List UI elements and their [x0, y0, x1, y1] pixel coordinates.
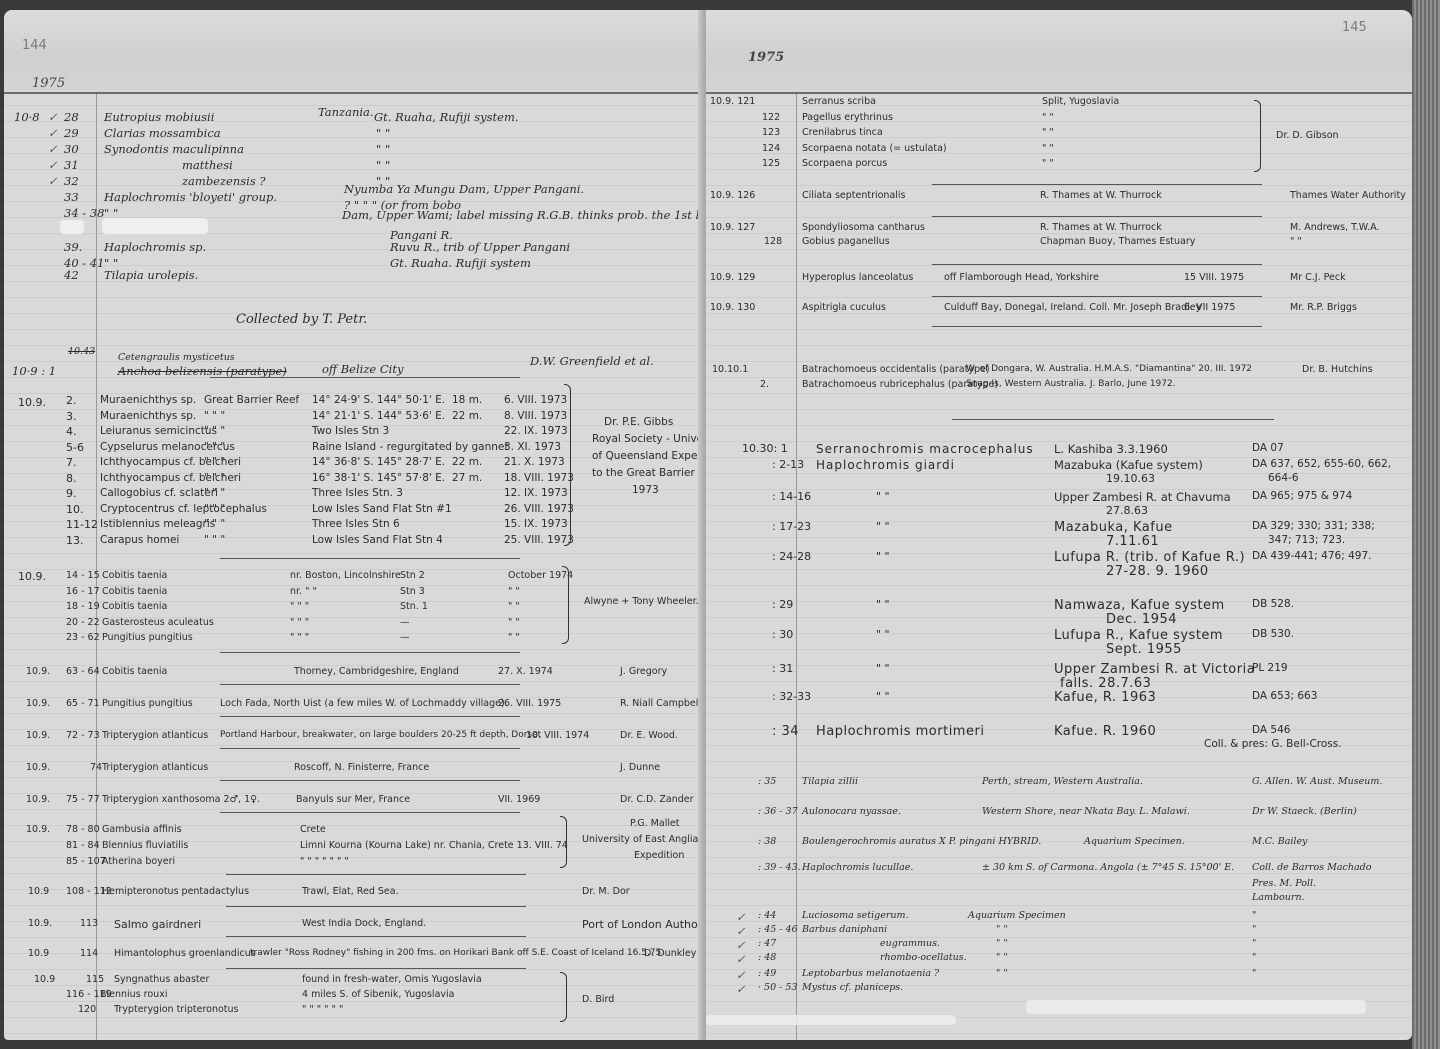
species-name: Cobitis taenia — [102, 601, 167, 612]
register-number: 78 - 80 — [66, 824, 100, 835]
check-mark-icon: ✓ — [736, 968, 746, 982]
locality: " " — [996, 952, 1008, 963]
depth: 18 m. — [452, 394, 482, 406]
locality: Dam, Upper Wami; label missing R.G.B. th… — [342, 208, 704, 222]
register-number: 20 - 22 — [66, 617, 100, 628]
entry-separator — [952, 419, 1274, 420]
species-name: " " — [876, 520, 890, 533]
header-rule — [706, 92, 1412, 94]
species-name: Pungitius pungitius — [102, 632, 193, 643]
collector: J. Gregory — [620, 666, 667, 677]
entry-separator — [220, 716, 520, 717]
collection-date: 10. VIII. 1974 — [526, 730, 589, 741]
locality: Raine Island - regurgitated by gannet — [312, 441, 509, 453]
collection-date: 12. IX. 1973 — [504, 487, 568, 499]
registration-prefix: 10.9. — [18, 396, 46, 409]
locality: Snag Is, Western Australia. J. Barlo, Ju… — [966, 379, 1176, 389]
page-number: 144 — [22, 38, 47, 53]
collector: J. Dunne — [620, 762, 660, 773]
area: " " " — [204, 472, 225, 484]
collection-date: 19.10.63 — [1106, 472, 1155, 485]
margin-rule — [96, 94, 97, 1040]
area: " " " — [204, 456, 225, 468]
locality: " " — [376, 158, 390, 172]
locality: Lufupa R., Kafue system — [1054, 628, 1223, 643]
collector-line: P.G. Mallet — [630, 818, 680, 829]
register-number: 3. — [66, 410, 77, 423]
register-number: 30 — [64, 142, 79, 156]
check-mark-icon: ✓ — [48, 126, 58, 140]
locality: 14° 36·8' S. 145° 28·7' E. — [312, 456, 445, 468]
collection-date: 27.8.63 — [1106, 504, 1148, 517]
locality: L. Kashiba 3.3.1960 — [1054, 442, 1168, 456]
check-mark-icon: ✓ — [736, 910, 746, 924]
register-number: 33 — [64, 190, 79, 204]
locality: Aquarium Specimen. — [1084, 836, 1185, 847]
catalogue-reference: DA 546 — [1252, 724, 1290, 736]
species-name: Haplochromis sp. — [104, 240, 206, 254]
collector: Mr C.J. Peck — [1290, 272, 1346, 283]
locality: " " — [996, 968, 1008, 979]
collector-line: 1973 — [632, 484, 659, 496]
species-name: Blennius rouxi — [100, 989, 167, 1000]
check-mark-icon: ✓ — [48, 158, 58, 172]
collector-line: Expedition — [634, 850, 684, 861]
entry-separator — [220, 652, 520, 653]
locality: 14° 24·9' S. 144° 50·1' E. — [312, 394, 445, 406]
page-number: 145 — [1342, 20, 1367, 35]
collector: D.W. Greenfield et al. — [530, 354, 654, 368]
entry-separator — [220, 748, 520, 749]
locality: Nyumba Ya Mungu Dam, Upper Pangani. — [344, 182, 584, 196]
catalogue-reference: DA 965; 975 & 974 — [1252, 490, 1352, 502]
species-name: Blennius fluviatilis — [102, 840, 188, 851]
header-rule — [4, 92, 704, 94]
species-name: Hyperoplus lanceolatus — [802, 272, 913, 283]
locality: off Belize City — [322, 362, 403, 376]
register-number: 8. — [66, 472, 77, 485]
locality: Mazabuka, Kafue — [1054, 520, 1173, 535]
collection-date: 27. X. 1974 — [498, 666, 553, 677]
locality: Chapman Buoy, Thames Estuary — [1040, 236, 1195, 247]
registration-number: 10.9. 127 — [710, 222, 755, 233]
registration-number: · 50 - 53 — [758, 982, 797, 993]
collector: Dr W. Staeck. (Berlin) — [1252, 806, 1357, 817]
species-name: Barbus daniphani — [802, 924, 887, 935]
check-mark-icon: ✓ — [736, 938, 746, 952]
register-number: 39. — [64, 240, 82, 254]
species-name: Boulengerochromis auratus X P. pingani H… — [802, 836, 1041, 847]
collector-line: to the Great Barrier Reef — [592, 467, 704, 479]
registration-number: : 38 — [758, 836, 776, 847]
registration-number: 10.9. 121 — [710, 96, 711, 107]
collector: Lambourn. — [1252, 892, 1305, 903]
locality: Namwaza, Kafue system — [1054, 598, 1225, 613]
area: " " " — [204, 534, 225, 546]
registration-number: 10.9. 126 — [710, 190, 755, 201]
collector: " — [1252, 924, 1256, 935]
collector-line: of Queensland Expedition — [592, 450, 704, 462]
species-name-struck: Anchoa belizensis (paratype) — [118, 364, 287, 378]
locality: Two Isles Stn 3 — [312, 425, 389, 437]
catalogue-reference: DA 653; 663 — [1252, 690, 1317, 702]
registration-number: : 14-16 — [772, 490, 811, 503]
locality: " " — [1042, 143, 1054, 154]
station: — — [400, 632, 410, 643]
locality: Ruvu R., trib of Upper Pangani — [390, 240, 570, 254]
register-number: 7. — [66, 456, 77, 469]
registration-number: 10.10.1 — [712, 364, 748, 375]
register-number: 125 — [762, 158, 780, 169]
collection-date: 15 VIII. 1975 — [1184, 272, 1244, 283]
species-name: Scorpaena notata (= ustulata) — [802, 143, 947, 154]
area: " " " — [204, 487, 225, 499]
locality: " " " — [290, 601, 309, 612]
species-name: Haplochromis giardi — [816, 458, 955, 472]
check-mark-icon: ✓ — [736, 924, 746, 938]
collection-date: 26. VIII. 1975 — [498, 698, 561, 709]
locality: West India Dock, England. — [302, 918, 426, 929]
locality: Split, Yugoslavia — [1042, 96, 1119, 107]
species-name: Trypterygion tripteronotus — [114, 1004, 239, 1015]
collector: R. Niall Campbell — [620, 698, 701, 709]
bracket-brace — [560, 816, 567, 868]
collector: " — [1252, 968, 1256, 979]
species-name: Cobitis taenia — [102, 666, 167, 677]
register-number: 75 - 77 — [66, 794, 100, 805]
left-page-header — [4, 10, 704, 92]
catalogue-reference: DB 528. — [1252, 598, 1294, 610]
register-number: 18 - 19 — [66, 601, 100, 612]
species-name: Ciliata septentrionalis — [802, 190, 906, 201]
species-name: Aulonocara nyassae. — [802, 806, 901, 817]
registration-number: : 44 — [758, 910, 776, 921]
locality: Gt. Ruaha. Rufiji system — [390, 256, 531, 270]
locality: " " — [1042, 127, 1054, 138]
station: Stn. 1 — [400, 601, 428, 612]
locality: " " — [1042, 158, 1054, 169]
entry-separator — [226, 968, 526, 969]
species-name: Hemipteronotus pentadactylus — [102, 886, 249, 897]
species-name: Syngnathus abaster — [114, 974, 209, 985]
locality: " " — [996, 924, 1008, 935]
locality: " " " " " " — [302, 1004, 343, 1015]
collector-line: University of East Anglia — [582, 834, 698, 845]
registration-number: : 2-13 — [772, 458, 804, 471]
collection-date: " " — [508, 632, 520, 643]
bracket-brace — [560, 972, 567, 1022]
collection-date: 8. VIII. 1973 — [504, 410, 567, 422]
species-name: " " — [876, 690, 890, 703]
register-number: 123 — [762, 127, 780, 138]
catalogue-reference: DA 329; 330; 331; 338; — [1252, 520, 1375, 532]
collector: Thames Water Authority — [1290, 190, 1406, 201]
species-name: Crenilabrus tinca — [802, 127, 883, 138]
species-name: Cobitis taenia — [102, 586, 167, 597]
check-mark-icon: ✓ — [736, 982, 746, 996]
locality: Three Isles Stn. 3 — [312, 487, 403, 499]
locality: 4 miles S. of Sibenik, Yugoslavia — [302, 989, 454, 1000]
collection-date: Dec. 1954 — [1106, 612, 1177, 627]
entry-separator — [220, 812, 520, 813]
locality: Thorney, Cambridgeshire, England — [294, 666, 459, 677]
locality: Mazabuka (Kafue system) — [1054, 458, 1203, 472]
collector: M. Andrews, T.W.A. — [1290, 222, 1379, 233]
collection-date: 6. VII 1975 — [1184, 302, 1235, 313]
registration-number: : 45 - 46 — [758, 924, 798, 935]
collected-by-note: Collected by T. Petr. — [236, 312, 367, 327]
register-number: 2. — [66, 394, 77, 407]
collector: " — [1252, 910, 1256, 921]
species-name: Callogobius cf. sclateri — [100, 487, 218, 499]
collector: " — [1252, 952, 1256, 963]
register-number: 114 — [80, 948, 98, 959]
registration-number: 10·9 : 1 — [12, 364, 56, 378]
locality: nr. Boston, Lincolnshire — [290, 570, 401, 581]
species-name: Eutropius mobiusii — [104, 110, 214, 124]
registration-prefix: 10.9. — [26, 666, 50, 677]
register-number: 42 — [64, 268, 79, 282]
registration-number: : 24-28 — [772, 550, 811, 563]
species-name: Tripterygion atlanticus — [102, 730, 208, 741]
page-year: 1975 — [32, 76, 65, 91]
registration-number: : 31 — [772, 662, 793, 675]
catalogue-reference: 664-6 — [1268, 472, 1299, 484]
species-name: Salmo gairdneri — [114, 918, 201, 931]
species-name: " " — [876, 662, 890, 675]
registration-prefix: 10·8 — [14, 110, 40, 124]
register-number: 13. — [66, 534, 84, 547]
collector: M.C. Bailey — [1252, 836, 1307, 847]
species-name: Synodontis maculipinna — [104, 142, 244, 156]
registration-prefix: 10.9. — [26, 730, 50, 741]
species-name: Leiuranus semicinctus — [100, 425, 217, 437]
area: " " " — [204, 410, 225, 422]
register-book-spread: 144 1975 10·8Tanzania.✓28Eutropius mobiu… — [0, 0, 1440, 1049]
check-mark-icon: ✓ — [736, 952, 746, 966]
register-number: 23 - 62 — [66, 632, 100, 643]
locality: W. of Dongara, W. Australia. H.M.A.S. "D… — [966, 364, 1252, 374]
entry-separator — [220, 558, 520, 559]
bracket-brace — [1254, 100, 1261, 172]
registration-prefix: 10.9. — [28, 918, 52, 929]
species-name: Clarias mossambica — [104, 126, 221, 140]
register-number: 16 - 17 — [66, 586, 100, 597]
catalogue-reference: DB 530. — [1252, 628, 1294, 640]
locality: Banyuls sur Mer, France — [296, 794, 410, 805]
locality: 14° 21·1' S. 144° 53·6' E. — [312, 410, 445, 422]
species-name: Haplochromis lucullae. — [802, 862, 913, 873]
registration-number: : 35 — [758, 776, 776, 787]
species-name: Muraenichthys sp. — [100, 394, 196, 406]
register-number: 74 — [90, 762, 102, 773]
locality: nr. " " — [290, 586, 317, 597]
collector: Pres. M. Poll. — [1252, 878, 1316, 889]
species-name: Batrachomoeus occidentalis (paratype) — [802, 364, 990, 375]
registration-prefix: 10.9. — [18, 570, 46, 583]
collection-date: Sept. 1955 — [1106, 642, 1182, 657]
species-name: Spondyliosoma cantharus — [802, 222, 925, 233]
register-number: 113 — [80, 918, 98, 929]
entry-separator — [226, 874, 526, 875]
check-mark-icon: ✓ — [48, 110, 58, 124]
catalogue-reference: 347; 713; 723. — [1268, 534, 1345, 546]
left-page: 144 1975 10·8Tanzania.✓28Eutropius mobiu… — [4, 10, 704, 1040]
species-name: Luciosoma setigerum. — [802, 910, 909, 921]
entry-separator — [210, 377, 520, 378]
species-name: Pagellus erythrinus — [802, 112, 893, 123]
species-name: Atherina boyeri — [102, 856, 175, 867]
species-name: Carapus homei — [100, 534, 179, 546]
registration-number: : 29 — [772, 598, 793, 611]
bracket-brace — [562, 566, 569, 644]
locality: Upper Zambesi R. at Chavuma — [1054, 490, 1231, 504]
register-number: 81 - 84 — [66, 840, 100, 851]
registration-number: 2. — [760, 379, 769, 390]
locality: Gt. Ruaha, Rufiji system. — [374, 110, 519, 124]
locality: Kafue, R. 1963 — [1054, 690, 1156, 705]
species-name: Tilapia zillii — [802, 776, 858, 787]
correction-fluid — [60, 220, 84, 234]
depth: 22 m. — [452, 456, 482, 468]
collection-date: 21. X. 1973 — [504, 456, 565, 468]
locality: trawler "Ross Rodney" fishing in 200 fms… — [250, 948, 661, 958]
collector: Dr. B. Hutchins — [1302, 364, 1373, 375]
species-name: Haplochromis mortimeri — [816, 724, 984, 739]
species-name: eugrammus. — [880, 938, 940, 949]
register-number: 4. — [66, 425, 77, 438]
collector: Dr. M. Dor — [582, 886, 630, 897]
register-number: 5-6 — [66, 441, 84, 454]
catalogue-reference: PL 219 — [1252, 662, 1288, 674]
register-number: 124 — [762, 143, 780, 154]
collector-line: Royal Society - Universities — [592, 433, 704, 445]
book-page-edges — [1412, 0, 1440, 1049]
locality: R. Thames at W. Thurrock — [1040, 222, 1162, 233]
collection-date: 6. VIII. 1973 — [504, 394, 567, 406]
entry-separator — [932, 296, 1262, 297]
locality: " " — [996, 938, 1008, 949]
register-number: 34 - 38 — [64, 206, 104, 220]
locality: ± 30 km S. of Carmona. Angola (± 7°45 S.… — [982, 862, 1234, 873]
area: " " " — [204, 425, 225, 437]
species-name: " " — [876, 550, 890, 563]
register-number: 9. — [66, 487, 77, 500]
collector: Dr. C.D. Zander — [620, 794, 694, 805]
locality: Limni Kourna (Kourna Lake) nr. Chania, C… — [300, 840, 568, 851]
registration-prefix: 10.9 — [28, 948, 49, 959]
locality: " " " — [290, 632, 309, 643]
bracket-brace — [564, 384, 571, 546]
species-name: Scorpaena porcus — [802, 158, 887, 169]
page-year: 1975 — [748, 50, 784, 65]
collector-line: Dr. P.E. Gibbs — [604, 416, 673, 428]
collection-date: " " — [508, 586, 520, 597]
register-number: 32 — [64, 174, 79, 188]
entry-separator — [226, 906, 526, 907]
register-number: 120 — [78, 1004, 96, 1015]
collection-date: 15. IX. 1973 — [504, 518, 568, 530]
locality: Loch Fada, North Uist (a few miles W. of… — [220, 698, 508, 709]
species-name: Tripterygion atlanticus — [102, 762, 208, 773]
collection-date: " " — [508, 601, 520, 612]
species-name: " " — [876, 628, 890, 641]
area: " " " — [204, 518, 225, 530]
locality: Low Isles Sand Flat Stn #1 — [312, 503, 452, 515]
species-name: Mystus cf. planiceps. — [802, 982, 903, 993]
species-correction: Cetengraulis mysticetus — [118, 352, 235, 363]
correction-fluid — [706, 1015, 956, 1025]
collection-date: 3. XI. 1973 — [504, 441, 561, 453]
register-number: 65 - 71 — [66, 698, 100, 709]
registration-prefix: 10.9. — [26, 762, 50, 773]
locality: off Flamborough Head, Yorkshire — [944, 272, 1099, 283]
species-name: " " — [876, 598, 890, 611]
depth: 27 m. — [452, 472, 482, 484]
registration-number: : 39 - 43. — [758, 862, 801, 873]
station: Stn 3 — [400, 586, 425, 597]
species-name: Gobius paganellus — [802, 236, 890, 247]
locality: Lufupa R. (trib. of Kafue R.) — [1054, 550, 1245, 565]
species-name: Muraenichthys sp. — [100, 410, 196, 422]
catalogue-reference: DA 637, 652, 655-60, 662, — [1252, 458, 1391, 470]
entry-separator — [220, 780, 520, 781]
register-number: 14 - 15 — [66, 570, 100, 581]
species-name: Serranus scriba — [802, 96, 876, 107]
entry-separator — [226, 936, 526, 937]
registration-number: : 32-33 — [772, 690, 811, 703]
locality: Western Shore, near Nkata Bay. L. Malawi… — [982, 806, 1190, 817]
country: Tanzania. — [318, 105, 374, 119]
locality: Portland Harbour, breakwater, on large b… — [220, 730, 541, 740]
locality: found in fresh-water, Omis Yugoslavia — [302, 974, 482, 985]
species-name: Leptobarbus melanotaenia ? — [802, 968, 939, 979]
collector: Alwyne + Tony Wheeler. — [584, 596, 699, 607]
species-name: Tripterygion xanthosoma 2♂, 1♀. — [102, 794, 260, 805]
collector: Dr. E. Wood. — [620, 730, 678, 741]
species-name: Cryptocentrus cf. leptocephalus — [100, 503, 267, 515]
check-mark-icon: ✓ — [48, 174, 58, 188]
entry-separator — [932, 216, 1262, 217]
locality: Culduff Bay, Donegal, Ireland. Coll. Mr.… — [944, 302, 1201, 313]
species-name: Serranochromis macrocephalus — [816, 442, 1034, 456]
register-number: 31 — [64, 158, 79, 172]
collector: D. Bird — [582, 994, 614, 1005]
species-name: Istiblennius meleagris — [100, 518, 215, 530]
register-number: 85 - 107 — [66, 856, 106, 867]
correction-fluid — [1026, 1000, 1366, 1014]
locality: " " " " " " " — [300, 856, 349, 867]
registration-number: : 48 — [758, 952, 776, 963]
collector: " — [1252, 938, 1256, 949]
registration-number: : 36 - 37 — [758, 806, 798, 817]
registration-number: 10.9. 129 — [710, 272, 755, 283]
collection-date: 27-28. 9. 1960 — [1106, 564, 1209, 579]
area: " " " — [204, 503, 225, 515]
collector: G. Allen. W. Aust. Museum. — [1252, 776, 1382, 787]
registration-number: : 47 — [758, 938, 776, 949]
species-name: Tilapia urolepis. — [104, 268, 198, 282]
margin-rule — [796, 94, 797, 1040]
locality: R. Thames at W. Thurrock — [1040, 190, 1162, 201]
entry-separator — [220, 684, 520, 685]
area: " " " — [204, 441, 225, 453]
register-number: 63 - 64 — [66, 666, 100, 677]
registration-number: 10.30: 1 — [742, 442, 788, 455]
species-name: Gasterosteus aculeatus — [102, 617, 214, 628]
locality: Crete — [300, 824, 326, 835]
species-name: matthesi — [182, 158, 233, 172]
